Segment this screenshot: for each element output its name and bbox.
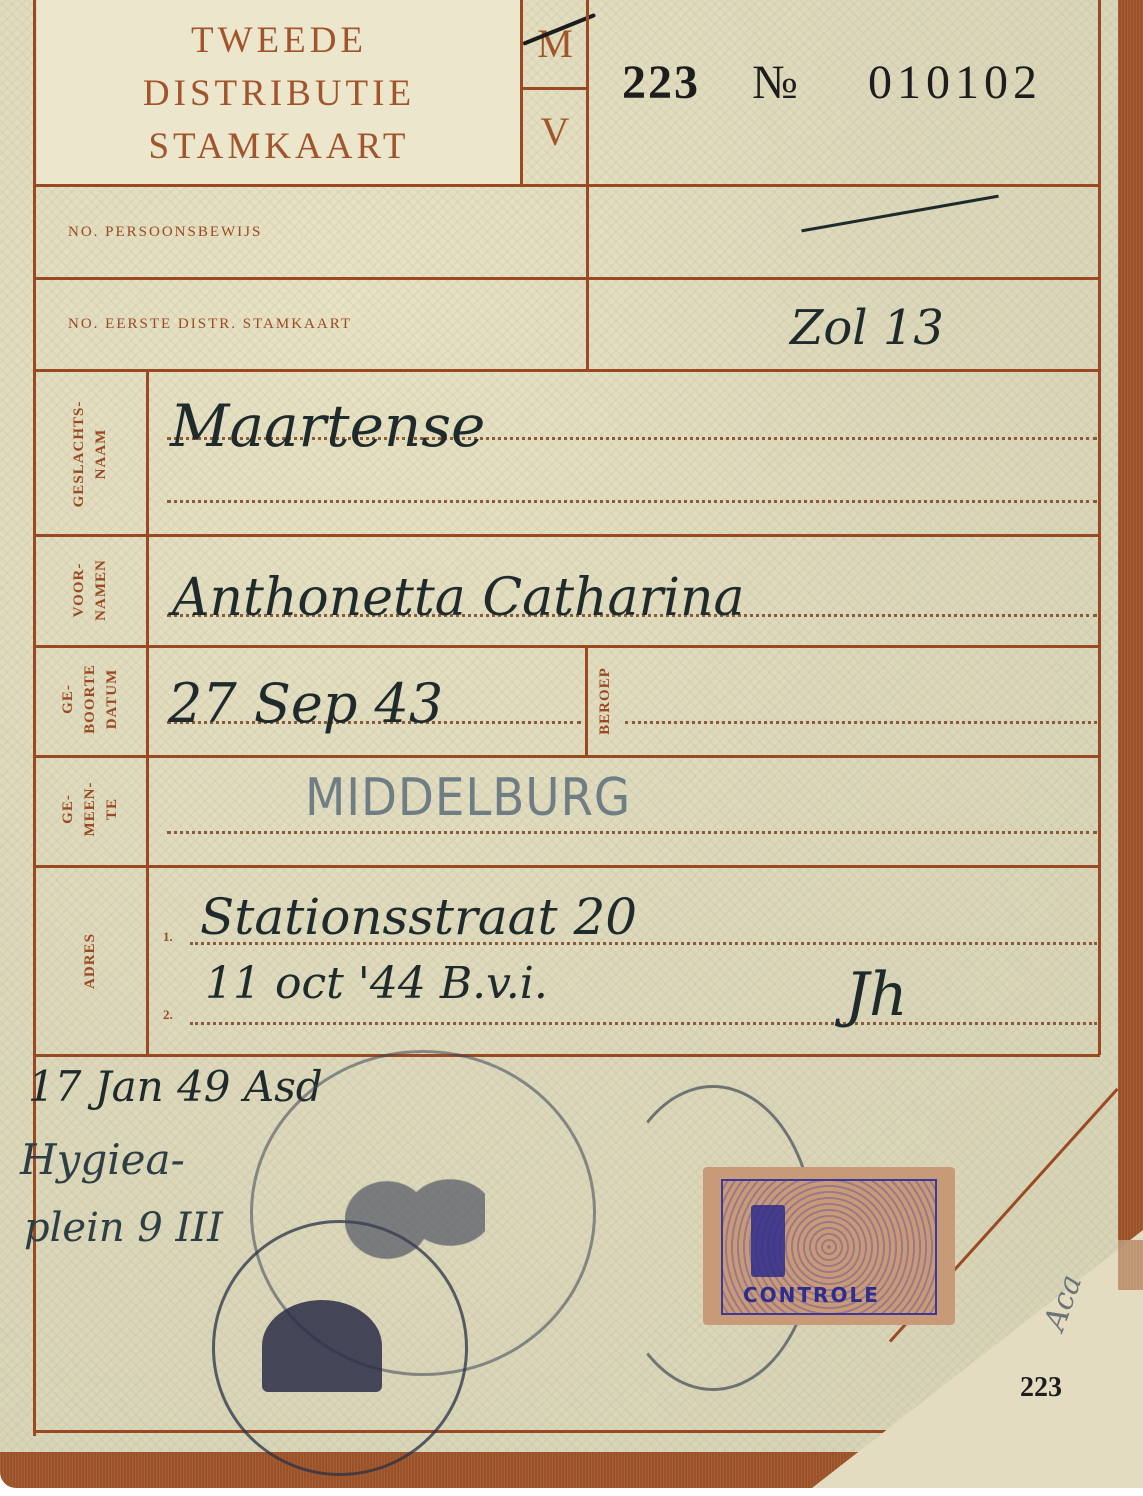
address-line-number-2: 2.: [163, 1007, 173, 1023]
beroep-divider: [585, 645, 588, 756]
value-gemeente-stamp: MIDDELBURG: [305, 768, 631, 828]
district-code: 223: [622, 55, 700, 110]
value-adres-line2: 11 oct '44 B.v.i.: [205, 958, 548, 1009]
label-voornamen: VOOR- NAMEN: [68, 540, 112, 640]
sex-option-male: M: [522, 20, 588, 67]
value-geslachtsnaam: Maartense: [170, 392, 485, 460]
row-divider: [35, 534, 1100, 537]
title-line-1: TWEEDE: [37, 14, 521, 67]
initials: Jh: [845, 960, 908, 1030]
crown-emblem-icon: [262, 1300, 382, 1392]
dotted-line: [167, 831, 1097, 834]
column-icon: [751, 1205, 785, 1277]
row-divider: [35, 755, 1100, 758]
border-right-inner: [1098, 0, 1101, 1055]
row-divider: [35, 369, 1100, 372]
label-beroep: BEROEP: [594, 656, 616, 746]
distribution-card: TWEEDE DISTRIBUTIE STAMKAART M V 223 № 0…: [0, 0, 1143, 1488]
label-eerste-stamkaart: NO. EERSTE DISTR. STAMKAART: [68, 316, 352, 333]
footer-district-code: 223: [1020, 1372, 1062, 1404]
note-line-2: Hygiea-: [20, 1135, 185, 1184]
row-divider: [35, 184, 1100, 187]
border-right-band: [1118, 0, 1143, 1240]
control-stamp-label: CONTROLE: [743, 1283, 880, 1307]
value-adres-line1: Stationsstraat 20: [200, 888, 637, 946]
divider-title: [520, 0, 523, 185]
label-column-divider: [146, 370, 149, 1056]
label-gemeente: GE- MEEN- TE: [57, 759, 123, 859]
title-line-3: STAMKAART: [37, 120, 521, 173]
label-persoonsbewijs: NO. PERSOONSBEWIJS: [68, 224, 262, 241]
row-divider: [35, 645, 1100, 648]
label-geboortedatum: GE- BOORTE DATUM: [57, 649, 123, 749]
sex-option-female: V: [522, 108, 588, 155]
row-divider: [35, 1054, 1100, 1057]
eagle-emblem-icon: [345, 1130, 485, 1280]
dotted-line: [167, 500, 1097, 503]
row-divider: [35, 865, 1100, 868]
border-bottom-band: [0, 1452, 880, 1488]
dotted-line: [190, 1022, 1097, 1025]
border-bottom-inner: [35, 1430, 895, 1433]
persoonsbewijs-dash: [801, 195, 998, 233]
value-eerste-stamkaart: Zol 13: [790, 300, 944, 356]
note-line-3: plein 9 III: [24, 1205, 223, 1251]
dotted-line: [625, 721, 1097, 724]
border-right-band-fade: [1118, 1240, 1143, 1290]
divider-m-v: [522, 87, 588, 90]
address-line-number-1: 1.: [163, 929, 173, 945]
control-stamp: CONTROLE: [703, 1167, 955, 1325]
note-line-1: 17 Jan 49 Asd: [28, 1062, 323, 1111]
title-line-2: DISTRIBUTIE: [37, 67, 521, 120]
label-geslachtsnaam: GESLACHTS- NAAM: [68, 374, 112, 534]
card-title: TWEEDE DISTRIBUTIE STAMKAART: [37, 14, 521, 173]
number-sign: №: [752, 55, 800, 110]
card-number: 010102: [868, 55, 1042, 110]
row-divider: [35, 277, 1100, 280]
value-geboortedatum: 27 Sep 43: [168, 672, 443, 735]
label-adres: ADRES: [79, 916, 101, 1006]
value-voornamen: Anthonetta Catharina: [172, 568, 744, 628]
